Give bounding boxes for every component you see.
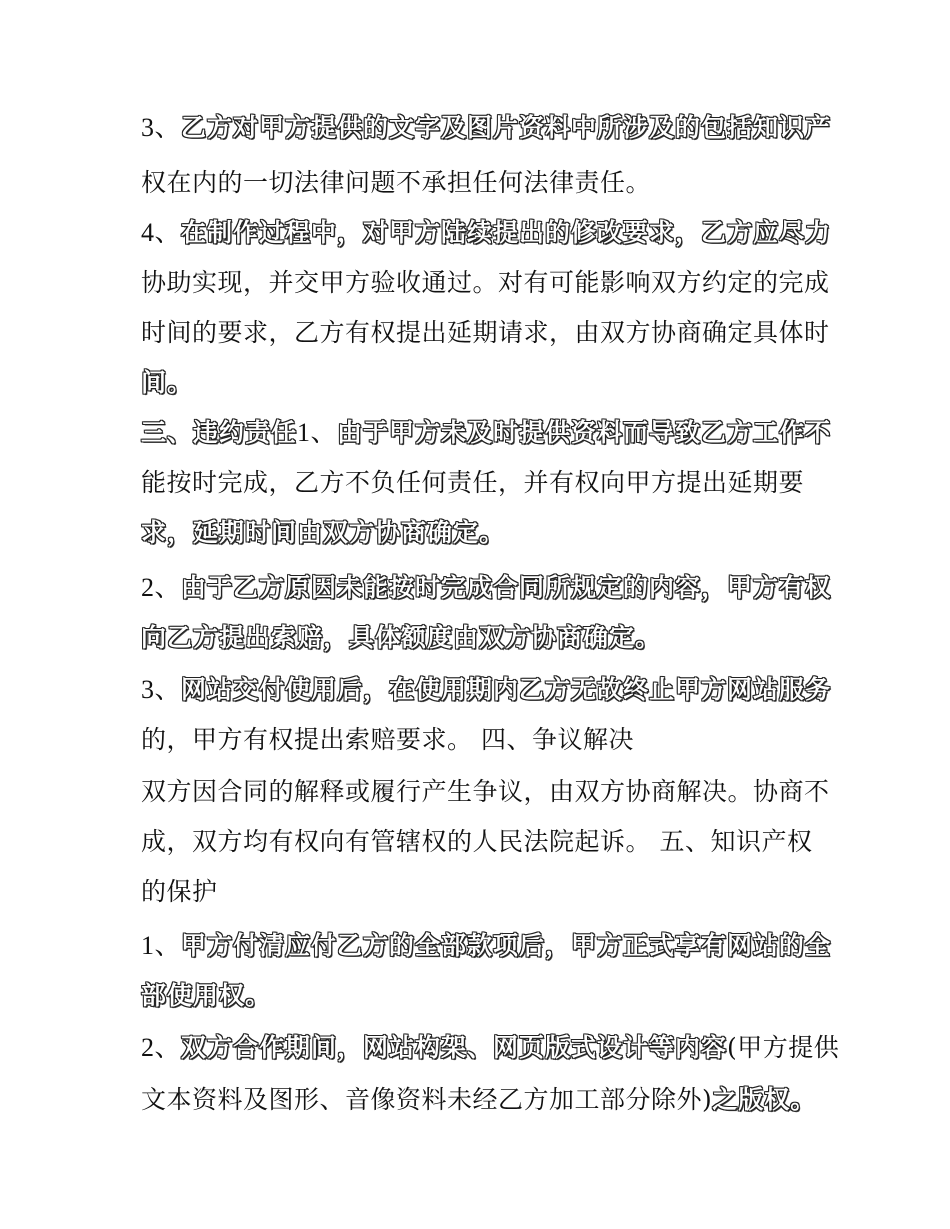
text-line: 1、甲方付清应付乙方的全部款项后，甲方正式享有网站的全 <box>141 926 831 966</box>
outlined-text: 部使用权。 <box>141 981 271 1010</box>
text-line: 协助实现，并交甲方验收通过。对有可能影响双方约定的完成 <box>141 263 830 303</box>
text-line: 双方因合同的解释或履行产生争议，由双方协商解决。协商不 <box>141 772 830 812</box>
outlined-text: 乙方对甲方提供的文字及图片资料中所涉及的包括知识产 <box>181 113 831 142</box>
outlined-text: 在制作过程中，对甲方陆续提出的修改要求，乙方应尽力 <box>181 218 831 247</box>
clause-number: 3、 <box>141 675 181 704</box>
text-line: 2、由于乙方原因未能按时完成合同所规定的内容，甲方有权 <box>141 568 831 608</box>
section-heading: 三、违约责任 <box>141 418 297 447</box>
outlined-text: 甲方付清应付乙方的全部款项后，甲方正式享有网站的全 <box>181 931 831 960</box>
outlined-text: 向乙方提出索赔，具体额度由双方协商确定。 <box>141 623 661 652</box>
plain-text: 成，双方均有权向有管辖权的人民法院起诉。 五、知识产权 <box>141 827 812 856</box>
text-line: 权在内的一切法律问题不承担任何法律责任。 <box>141 163 651 203</box>
text-line: 时间的要求，乙方有权提出延期请求，由双方协商确定具体时 <box>141 313 830 353</box>
text-line: 的，甲方有权提出索赔要求。 四、争议解决 <box>141 720 634 760</box>
outlined-text: 网站交付使用后，在使用期内乙方无故终止甲方网站服务 <box>181 675 831 704</box>
plain-text: 权在内的一切法律问题不承担任何法律责任。 <box>141 168 651 197</box>
outlined-text: 求，延期时间由双方协商确定。 <box>141 518 505 547</box>
plain-text: 时间的要求，乙方有权提出延期请求，由双方协商确定具体时 <box>141 318 830 347</box>
text-line: 3、乙方对甲方提供的文字及图片资料中所涉及的包括知识产 <box>141 108 831 148</box>
outlined-text: 间。 <box>141 368 193 397</box>
plain-text: 双方因合同的解释或履行产生争议，由双方协商解决。协商不 <box>141 777 830 806</box>
outlined-text: 之版权。 <box>712 1085 816 1114</box>
plain-text: 的，甲方有权提出索赔要求。 四、争议解决 <box>141 725 634 754</box>
outlined-text: 由于乙方原因未能按时完成合同所规定的内容，甲方有权 <box>181 573 831 602</box>
text-line: 4、在制作过程中，对甲方陆续提出的修改要求，乙方应尽力 <box>141 213 831 253</box>
clause-number: 3、 <box>141 113 181 142</box>
plain-text: 能按时完成，乙方不负任何责任，并有权向甲方提出延期要 <box>141 468 804 497</box>
text-line: 3、网站交付使用后，在使用期内乙方无故终止甲方网站服务 <box>141 670 831 710</box>
text-line: 2、双方合作期间，网站构架、网页版式设计等内容(甲方提供 <box>141 1028 839 1068</box>
text-line: 间。 <box>141 363 193 403</box>
clause-number: 2、 <box>141 1033 181 1062</box>
section-heading-line: 三、违约责任1、由于甲方未及时提供资料而导致乙方工作不 <box>141 413 831 453</box>
text-line: 向乙方提出索赔，具体额度由双方协商确定。 <box>141 618 661 658</box>
clause-number: 1、 <box>141 931 181 960</box>
text-line: 能按时完成，乙方不负任何责任，并有权向甲方提出延期要 <box>141 463 804 503</box>
text-line: 成，双方均有权向有管辖权的人民法院起诉。 五、知识产权 <box>141 822 812 862</box>
clause-number: 1、 <box>297 418 337 447</box>
clause-number: 4、 <box>141 218 181 247</box>
plain-text: (甲方提供 <box>727 1033 839 1062</box>
text-line: 文本资料及图形、音像资料未经乙方加工部分除外)之版权。 <box>141 1080 816 1120</box>
outlined-text: 由于甲方未及时提供资料而导致乙方工作不 <box>337 418 831 447</box>
plain-text: 的保护 <box>141 877 218 906</box>
outlined-text: 双方合作期间，网站构架、网页版式设计等内容 <box>181 1033 727 1062</box>
text-line: 的保护 <box>141 872 218 912</box>
text-line: 部使用权。 <box>141 976 271 1016</box>
plain-text: 协助实现，并交甲方验收通过。对有可能影响双方约定的完成 <box>141 268 830 297</box>
plain-text: 文本资料及图形、音像资料未经乙方加工部分除外) <box>141 1085 712 1114</box>
text-line: 求，延期时间由双方协商确定。 <box>141 513 505 553</box>
clause-number: 2、 <box>141 573 181 602</box>
